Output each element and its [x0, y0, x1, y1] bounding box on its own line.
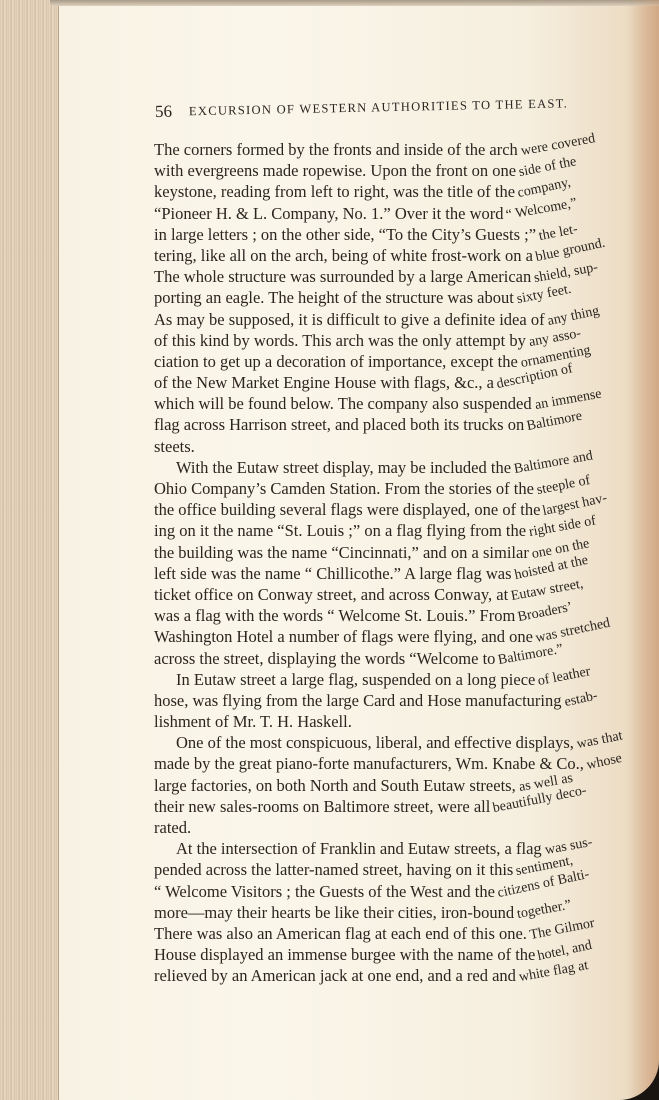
text-line-main: of this kind by words. This arch was the… — [154, 331, 526, 350]
text-line: At the intersection of Franklin and Euta… — [154, 838, 654, 859]
text-line-main: relieved by an American jack at one end,… — [154, 966, 516, 985]
book-page: 56 EXCURSION OF WESTERN AUTHORITIES TO T… — [0, 0, 659, 1100]
text-line-main: The whole structure was surrounded by a … — [154, 267, 531, 286]
text-line-main: As may be supposed, it is difficult to g… — [154, 310, 545, 329]
text-line-main: large factories, on both North and South… — [154, 776, 516, 795]
text-line: their new sales-rooms on Baltimore stree… — [154, 796, 654, 817]
text-line: ticket office on Conway street, and acro… — [154, 584, 654, 605]
text-line-main: was a flag with the words “ Welcome St. … — [154, 606, 515, 625]
text-line: flag across Harrison street, and placed … — [154, 414, 654, 435]
text-line-main: more—may their hearts be like their citi… — [154, 903, 514, 922]
body-text: The corners formed by the fronts and ins… — [154, 139, 654, 987]
running-head: 56 EXCURSION OF WESTERN AUTHORITIES TO T… — [155, 92, 615, 124]
text-line-main: lishment of Mr. T. H. Haskell. — [154, 712, 352, 731]
text-line: relieved by an American jack at one end,… — [154, 965, 654, 986]
text-line-main: The corners formed by the fronts and ins… — [154, 140, 518, 159]
text-line-main: ing on it the name “St. Louis ;” on a fl… — [154, 521, 526, 540]
text-line-main: in large letters ; on the other side, “T… — [154, 225, 536, 244]
text-line-main: One of the most conspicuous, liberal, an… — [176, 733, 574, 752]
text-line-main: ciation to get up a decoration of import… — [154, 352, 518, 371]
running-head-title: EXCURSION OF WESTERN AUTHORITIES TO THE … — [189, 96, 568, 119]
text-line-main: their new sales-rooms on Baltimore stree… — [154, 797, 490, 816]
text-line: made by the great piano-forte manufactur… — [154, 753, 654, 774]
text-line-main: In Eutaw street a large flag, suspended … — [176, 670, 535, 689]
text-line-main: pended across the latter-named street, h… — [154, 860, 513, 879]
text-line-curled-end: estab- — [562, 685, 599, 713]
text-line-main: “ Welcome Visitors ; the Guests of the W… — [154, 882, 495, 901]
text-line: Washington Hotel a number of flags were … — [154, 626, 654, 647]
text-line-main: House displayed an immense burgee with t… — [154, 945, 535, 964]
text-line-main: keystone, reading from left to right, wa… — [154, 182, 515, 201]
text-line: The corners formed by the fronts and ins… — [154, 139, 654, 160]
text-line: In Eutaw street a large flag, suspended … — [154, 669, 654, 690]
text-line-main: of the New Market Engine House with flag… — [154, 373, 494, 392]
text-line-main: Washington Hotel a number of flags were … — [154, 627, 533, 646]
text-line: “ Welcome Visitors ; the Guests of the W… — [154, 881, 654, 902]
text-line-main: which will be found below. The company a… — [154, 394, 532, 413]
text-line: with evergreens made ropewise. Upon the … — [154, 160, 654, 181]
text-line-main: rated. — [154, 818, 191, 837]
text-line-main: Ohio Company’s Camden Station. From the … — [154, 479, 534, 498]
text-line: One of the most conspicuous, liberal, an… — [154, 732, 654, 753]
text-line: ciation to get up a decoration of import… — [154, 351, 654, 372]
text-line-main: with evergreens made ropewise. Upon the … — [154, 161, 516, 180]
text-line-main: the building was the name “Cincinnati,” … — [154, 543, 529, 562]
text-line-main: “Pioneer H. & L. Company, No. 1.” Over i… — [154, 204, 503, 223]
text-line: The whole structure was surrounded by a … — [154, 266, 654, 287]
text-line-main: There was also an American flag at each … — [154, 924, 527, 943]
text-line: “Pioneer H. & L. Company, No. 1.” Over i… — [154, 203, 654, 224]
page-edges-stack — [0, 0, 59, 1100]
text-line-main: porting an eagle. The height of the stru… — [154, 288, 514, 307]
text-line-main: With the Eutaw street display, may be in… — [176, 458, 511, 477]
text-line: lishment of Mr. T. H. Haskell. — [154, 711, 654, 732]
text-line: keystone, reading from left to right, wa… — [154, 181, 654, 202]
text-line-main: flag across Harrison street, and placed … — [154, 415, 524, 434]
page-number: 56 — [155, 102, 172, 122]
text-line-main: ticket office on Conway street, and acro… — [154, 585, 508, 604]
text-line-main: tering, like all on the arch, being of w… — [154, 246, 533, 265]
text-line-main: hose, was flying from the large Card and… — [154, 691, 562, 710]
text-line-main: At the intersection of Franklin and Euta… — [176, 839, 542, 858]
text-line-main: steets. — [154, 437, 195, 456]
text-line: hose, was flying from the large Card and… — [154, 690, 654, 711]
text-line-main: the office building several flags were d… — [154, 500, 540, 519]
text-line-main: across the street, displaying the words … — [154, 649, 495, 668]
text-line-main: made by the great piano-forte manufactur… — [154, 754, 584, 773]
page-top-edge — [50, 0, 659, 6]
text-line-main: left side was the name “ Chillicothe.” A… — [154, 564, 512, 583]
